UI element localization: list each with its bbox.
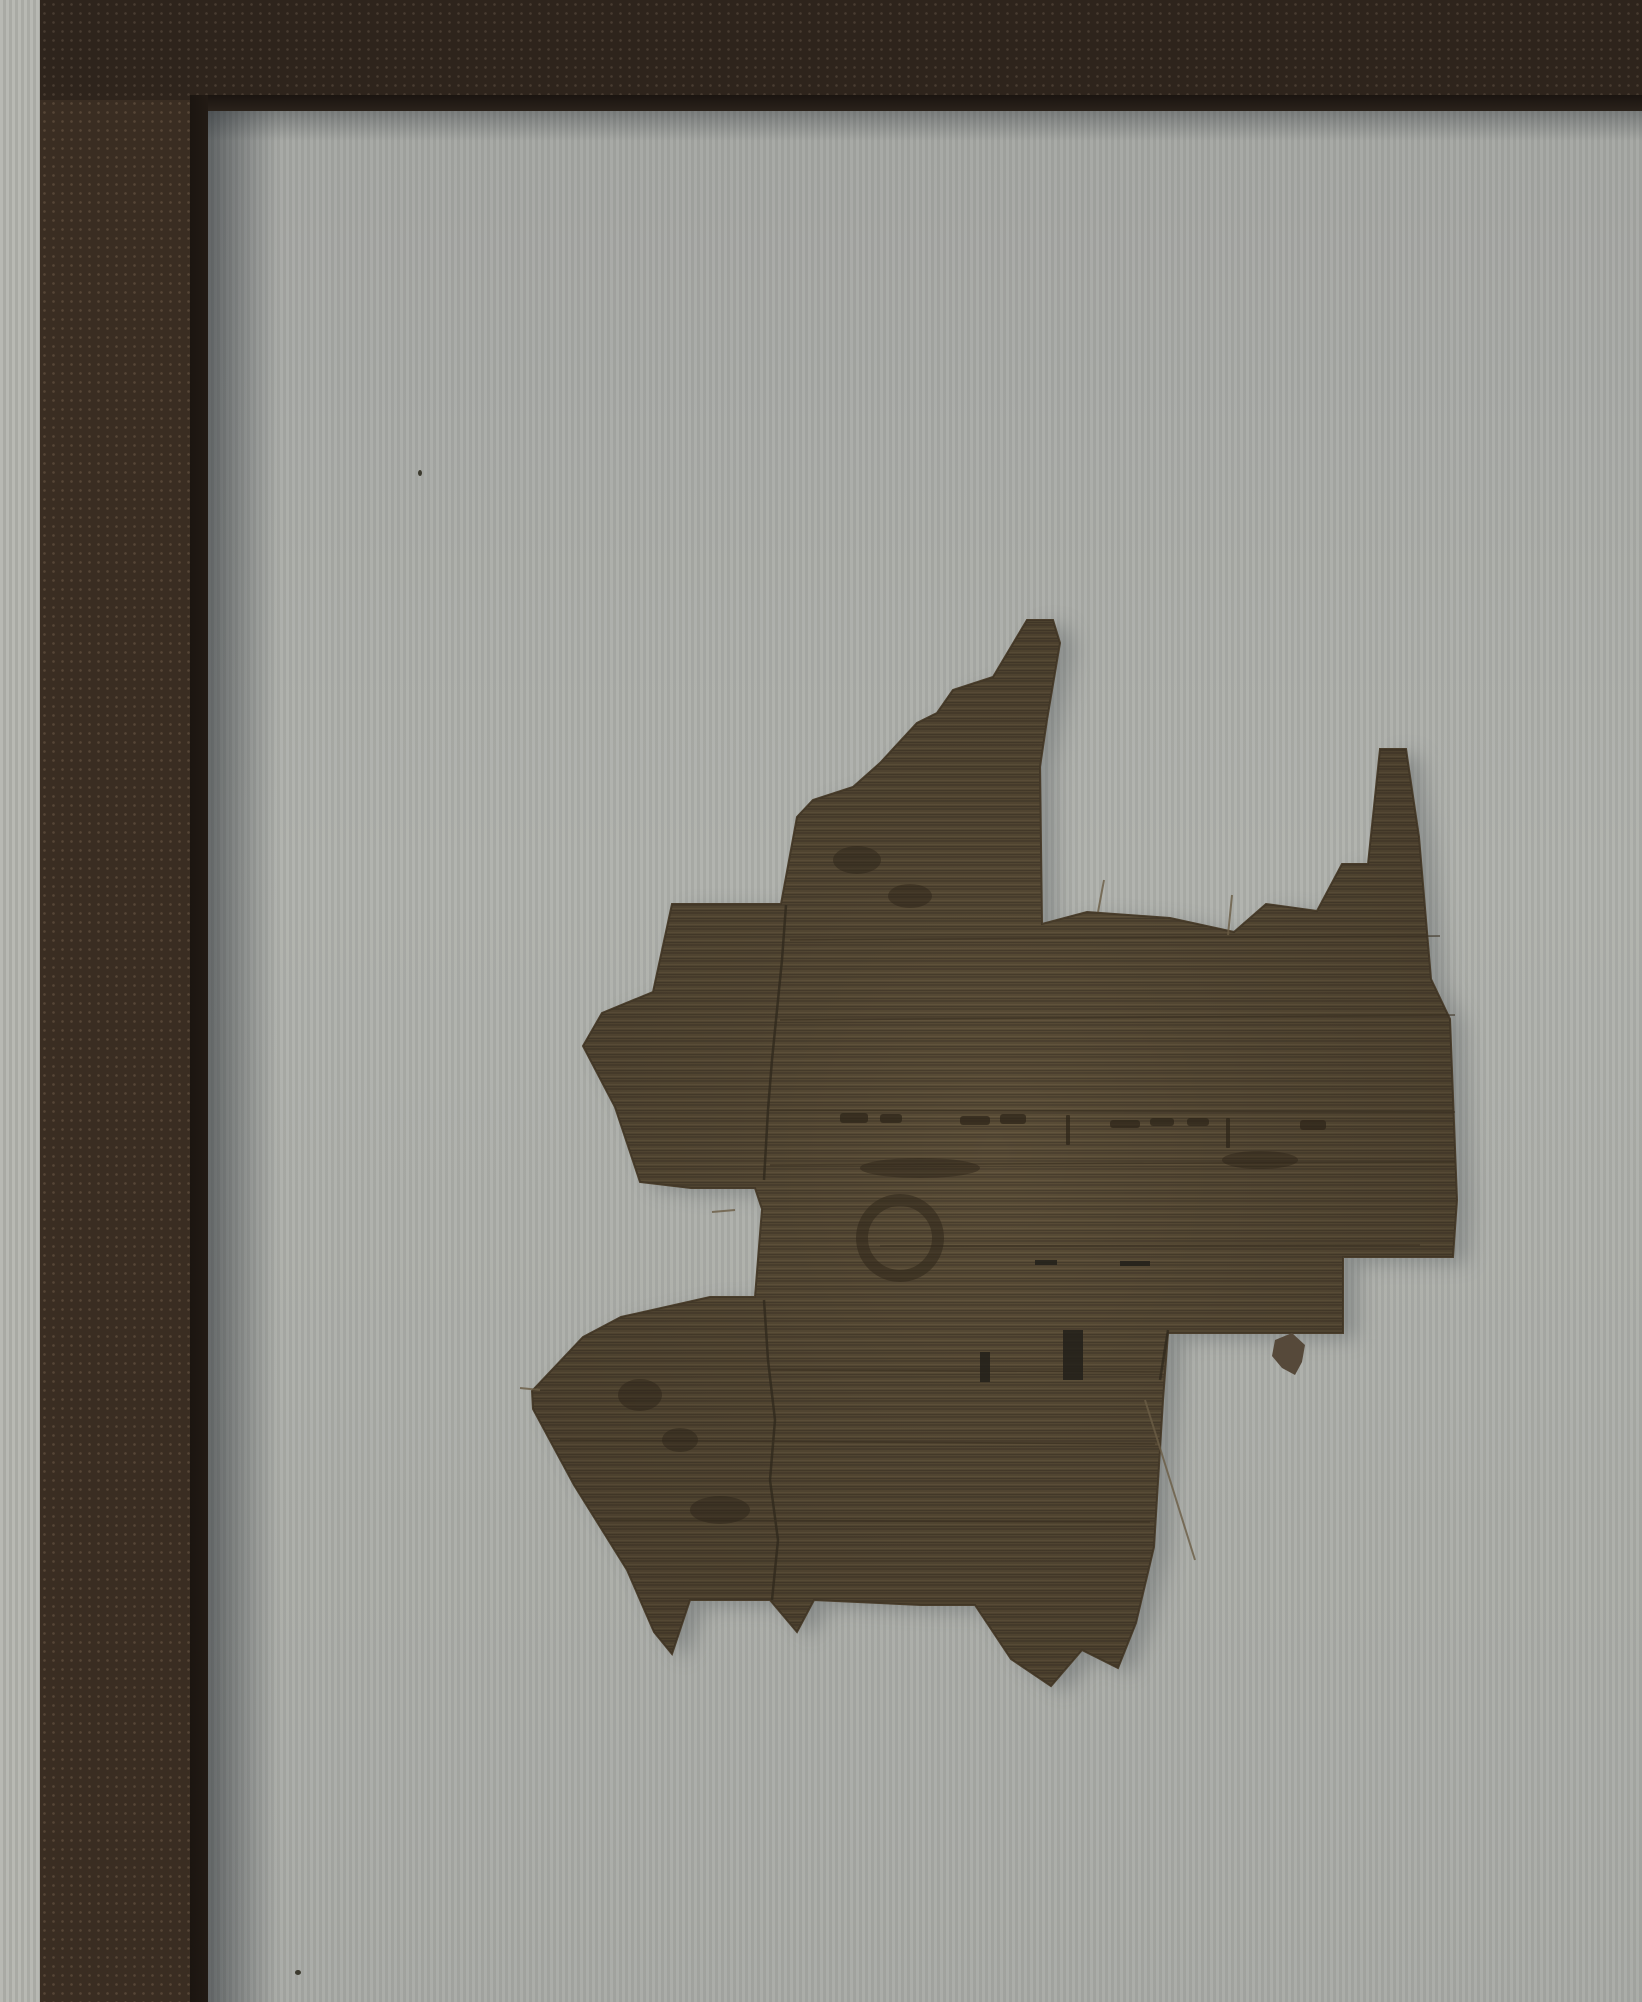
papyrus-fragment <box>0 0 1642 2002</box>
fragment-mottle <box>532 620 1457 1686</box>
photo-scene <box>0 0 1642 2002</box>
detached-papyrus-piece <box>1272 1333 1305 1375</box>
